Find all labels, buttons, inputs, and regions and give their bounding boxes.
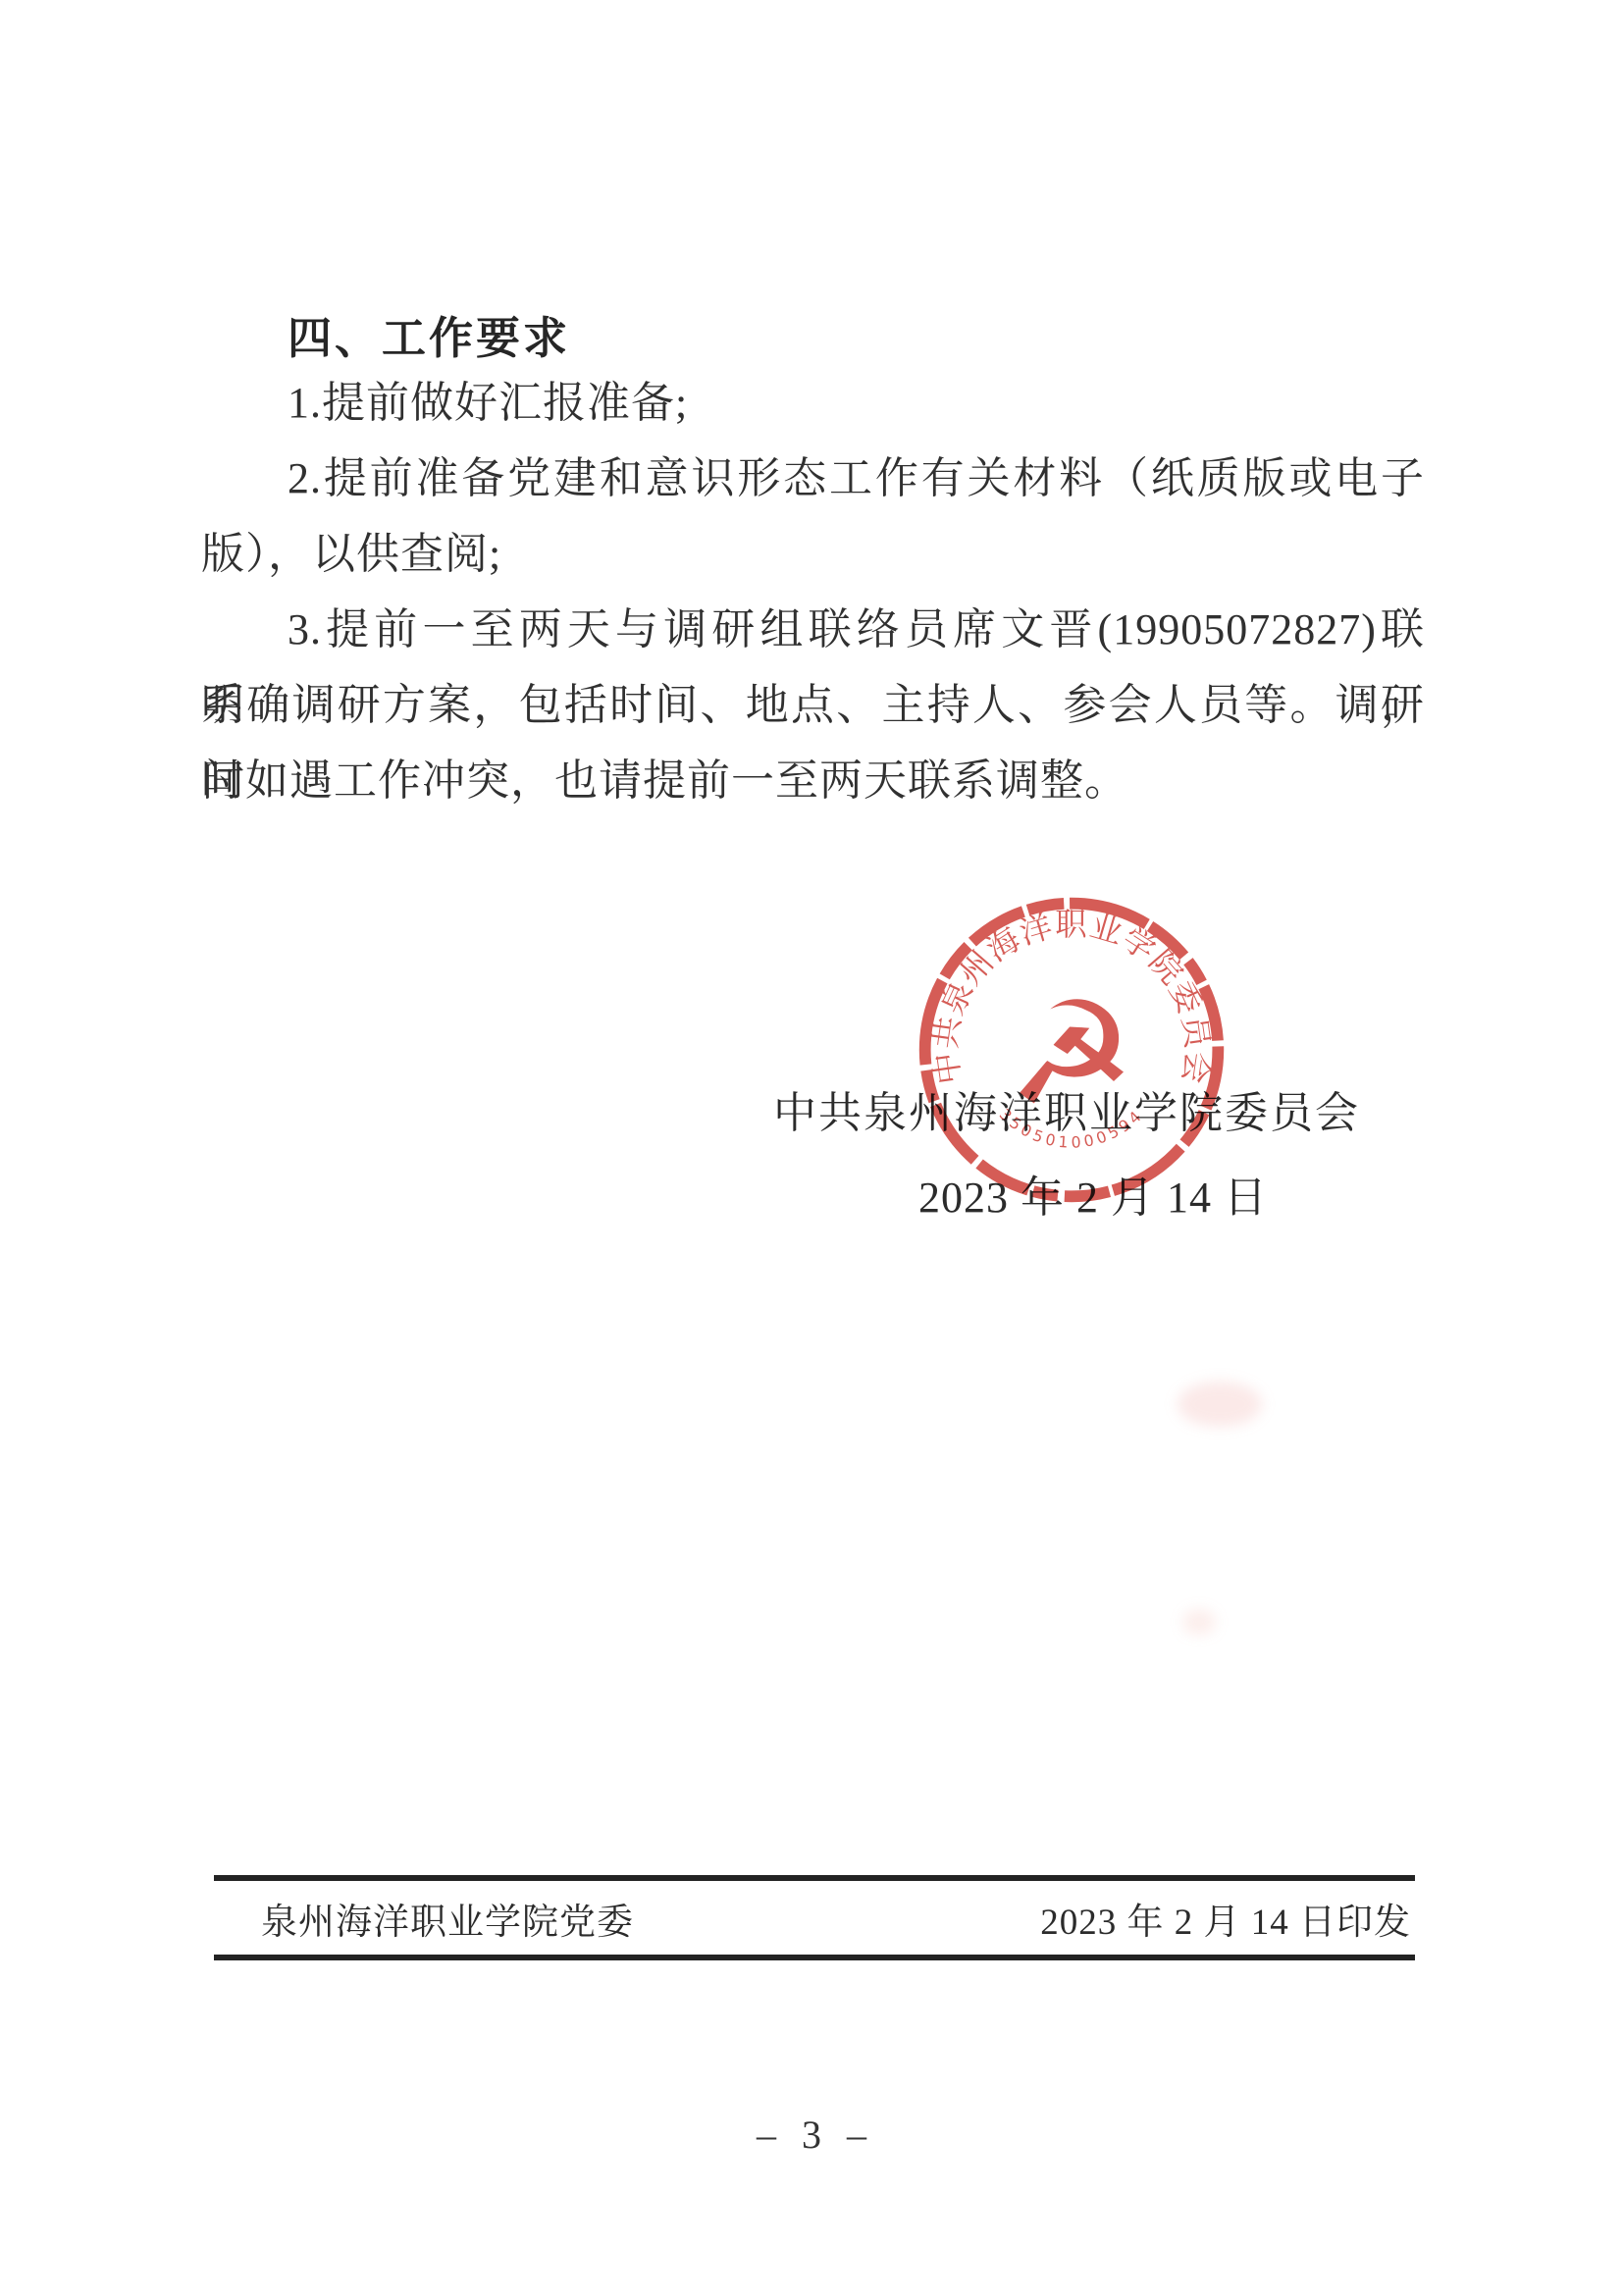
- body-line: 版），以供查阅;: [201, 516, 1425, 592]
- document-page: 四、工作要求 1.提前做好汇报准备; 2.提前准备党建和意识形态工作有关材料（纸…: [0, 0, 1623, 2296]
- body-line: 2.提前准备党建和意识形态工作有关材料（纸质版或电子: [201, 441, 1425, 516]
- ink-smudge: [1178, 1382, 1262, 1427]
- footer: 泉州海洋职业学院党委 2023 年 2 月 14 日印发: [214, 1892, 1415, 1945]
- footer-top-rule: [214, 1875, 1415, 1881]
- section-heading: 四、工作要求: [288, 302, 570, 366]
- footer-bottom-rule: [214, 1955, 1415, 1960]
- body-line: 3.提前一至两天与调研组联络员席文晋(19905072827)联系，: [201, 592, 1425, 667]
- official-seal: 中共泉州海洋职业学院委员会 ☭ 350501000594: [908, 886, 1235, 1214]
- body-line: 间如遇工作冲突，也请提前一至两天联系调整。: [201, 743, 1425, 818]
- ink-smudge: [1182, 1609, 1216, 1635]
- body-text: 1.提前做好汇报准备; 2.提前准备党建和意识形态工作有关材料（纸质版或电子 版…: [201, 365, 1425, 818]
- footer-issuer: 泉州海洋职业学院党委: [214, 1892, 634, 1945]
- body-line: 1.提前做好汇报准备;: [201, 365, 1425, 441]
- hammer-and-sickle-icon: ☭: [1008, 971, 1135, 1137]
- body-line: 明确调研方案，包括时间、地点、主持人、参会人员等。调研时: [201, 667, 1425, 743]
- footer-print-date: 2023 年 2 月 14 日印发: [1040, 1892, 1415, 1945]
- page-number: – 3 –: [0, 2112, 1623, 2158]
